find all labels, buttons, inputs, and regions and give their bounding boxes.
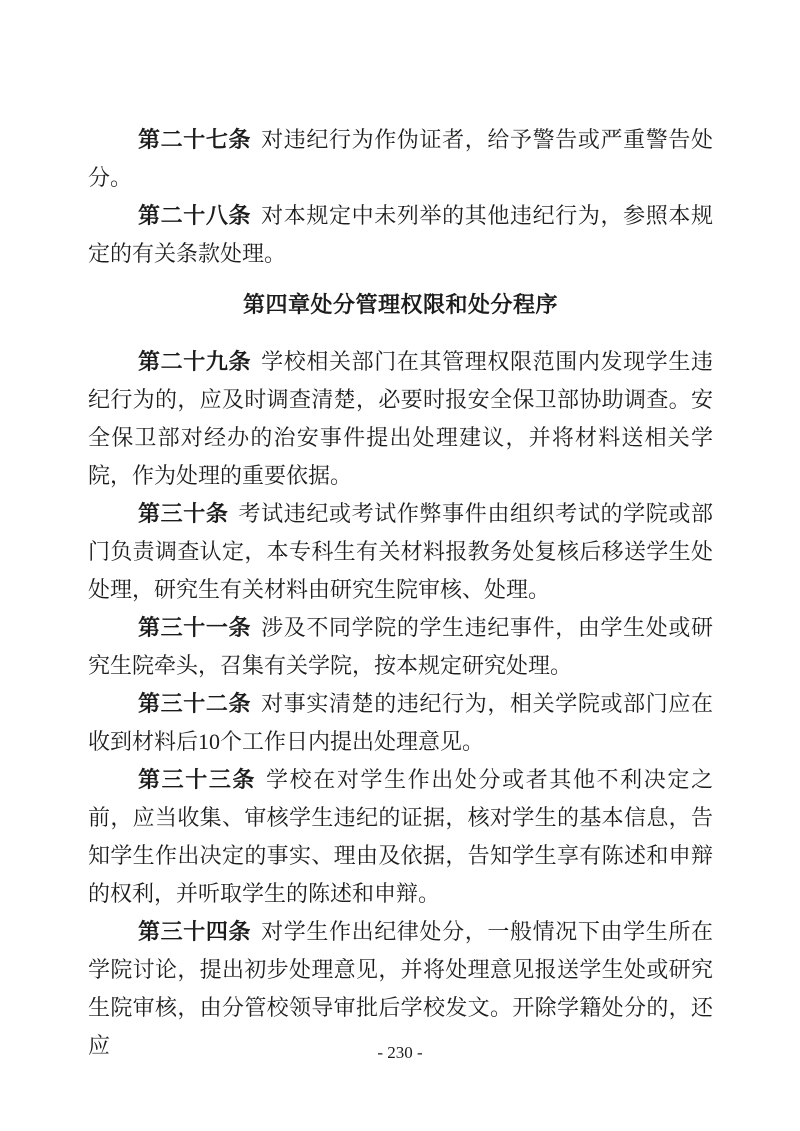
article-28-paragraph: 第二十八条对本规定中未列举的其他违纪行为，参照本规定的有关条款处理。 — [88, 197, 713, 273]
page-number: - 230 - — [0, 1043, 800, 1063]
article-29-number: 第二十九条 — [138, 349, 251, 374]
article-30-paragraph: 第三十条考试违纪或考试作弊事件由组织考试的学院或部门负责调查认定，本专科生有关材… — [88, 495, 713, 609]
article-27-number: 第二十七条 — [138, 127, 251, 152]
page-body-text: 第二十七条对违纪行为作伪证者，给予警告或严重警告处分。 第二十八条对本规定中未列… — [88, 121, 713, 1065]
document-page: 第二十七条对违纪行为作伪证者，给予警告或严重警告处分。 第二十八条对本规定中未列… — [0, 0, 800, 1131]
article-33-number: 第三十三条 — [138, 767, 256, 792]
article-32-paragraph: 第三十二条对事实清楚的违纪行为，相关学院或部门应在收到材料后10个工作日内提出处… — [88, 685, 713, 761]
article-34-number: 第三十四条 — [138, 919, 251, 944]
article-28-number: 第二十八条 — [138, 203, 251, 228]
chapter-4-heading: 第四章处分管理权限和处分程序 — [88, 286, 713, 324]
article-32-number: 第三十二条 — [138, 691, 251, 716]
article-27-paragraph: 第二十七条对违纪行为作伪证者，给予警告或严重警告处分。 — [88, 121, 713, 197]
article-30-number: 第三十条 — [138, 501, 229, 526]
article-29-paragraph: 第二十九条学校相关部门在其管理权限范围内发现学生违纪行为的，应及时调查清楚，必要… — [88, 343, 713, 495]
article-31-paragraph: 第三十一条涉及不同学院的学生违纪事件，由学生处或研究生院牵头，召集有关学院，按本… — [88, 609, 713, 685]
article-31-number: 第三十一条 — [138, 615, 251, 640]
article-33-paragraph: 第三十三条学校在对学生作出处分或者其他不利决定之前，应当收集、审核学生违纪的证据… — [88, 761, 713, 913]
